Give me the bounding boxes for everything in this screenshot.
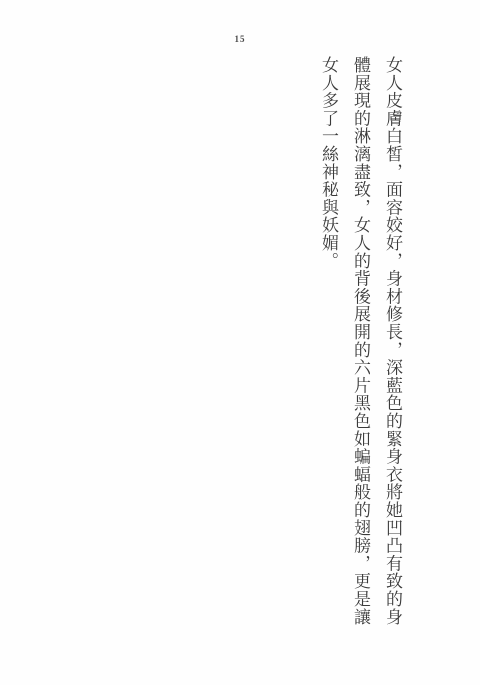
page-number: 15: [0, 34, 480, 44]
page-paragraph-vertical-text: 女人皮膚白皙，面容姣好，身材修長，深藍色的緊身衣將她凹凸有致的身體展現的淋漓盡致…: [312, 56, 408, 628]
book-page: 15 女人皮膚白皙，面容姣好，身材修長，深藍色的緊身衣將她凹凸有致的身體展現的淋…: [0, 0, 480, 685]
